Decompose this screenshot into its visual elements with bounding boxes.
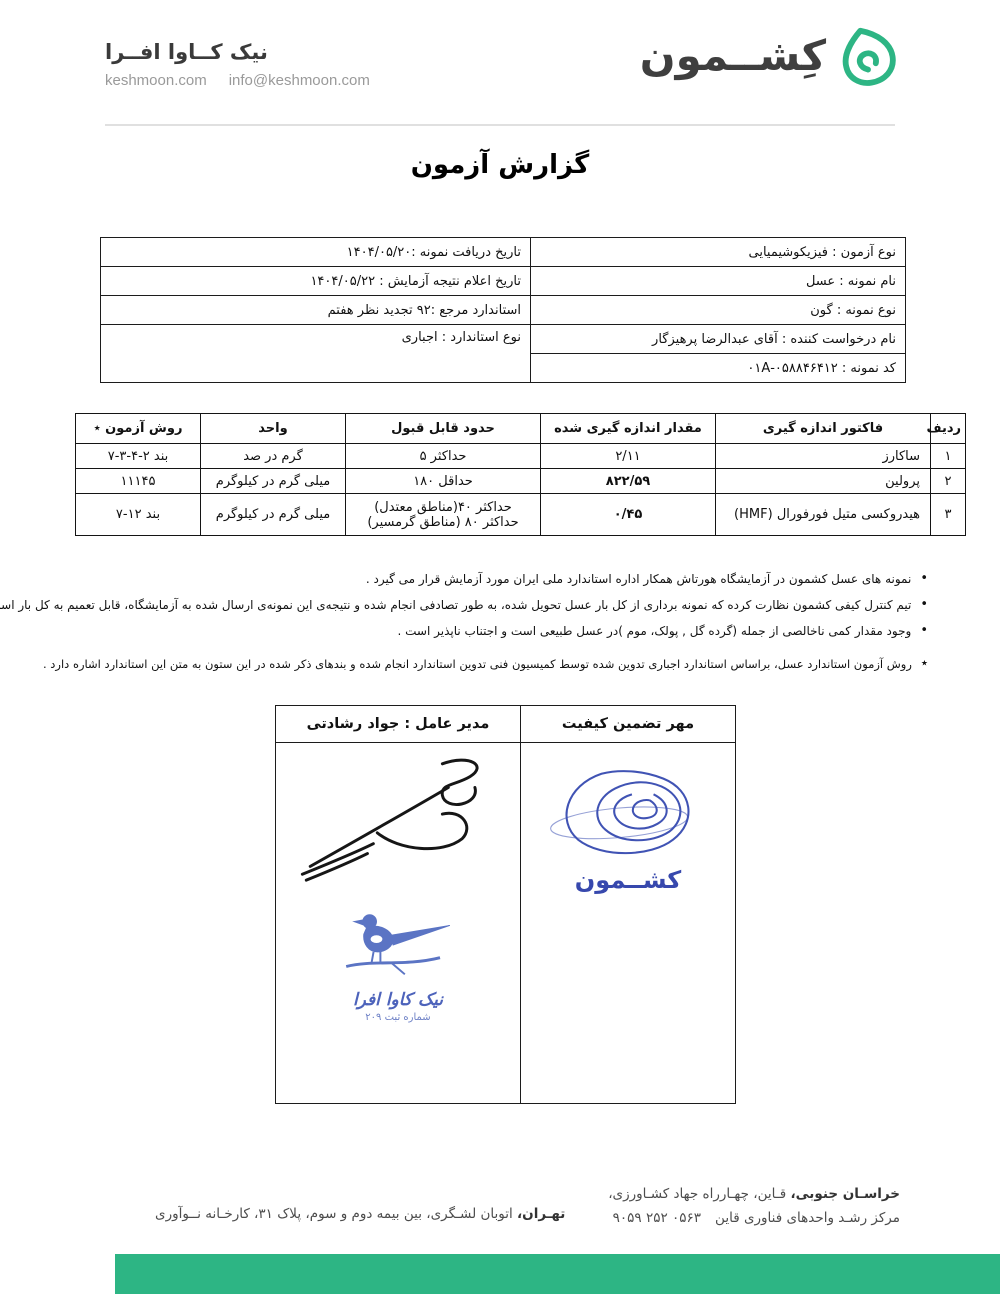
footer-city-bold: تهـران،	[517, 1206, 565, 1222]
results-header-row: ردیف فاکتور اندازه گیری مقدار اندازه گیر…	[76, 414, 966, 444]
footer-line-1-rest: قـاین، چهـارراه جهاد کشـاورزی،	[608, 1186, 790, 1202]
method-value: بند ۲-۴-۳-۷	[76, 444, 201, 469]
method-value: بند ۱۲-۷	[76, 494, 201, 536]
table-row: نوع آزمون : فیزیکوشیمیایی تاریخ دریافت ن…	[101, 238, 906, 267]
limit-value: حداکثر ۵	[346, 444, 541, 469]
table-row: نام درخواست کننده : آقای عبدالرضا پرهیزگ…	[101, 325, 906, 354]
company-block: نیک کــاوا افــرا keshmoon.com info@kesh…	[105, 40, 370, 89]
factor-hmf: هیدروکسی متیل فورفورال (HMF)	[716, 494, 931, 536]
footer-line-3-rest: اتوبان لشـگری، بین بیمه دوم و سوم، پلاک …	[155, 1206, 517, 1222]
limit-line-1: حداکثر ۴۰(مناطق معتدل)	[350, 500, 536, 515]
manager-signature-cell: نیک کاوا افرا شماره ثبت ۲۰۹	[276, 743, 521, 1104]
note-text: وجود مقدار کمی ناخالصی از جمله (گرده گل …	[398, 618, 912, 644]
footer-center-name: مرکز رشـد واحدهای فناوری قاین	[715, 1210, 900, 1226]
col-header-row-no: ردیف	[931, 414, 966, 444]
note-text: تیم کنترل کیفی کشمون نظارت کرده که نمونه…	[0, 592, 911, 618]
header-divider	[105, 124, 895, 126]
measured-value: ۲/۱۱	[541, 444, 716, 469]
asterisk-icon: ٭	[921, 651, 928, 677]
signature-table: مهر تضمین کیفیت مدیر عامل : جواد رشادتی	[275, 705, 736, 1104]
table-row: ۲ پرولین ۸۲۲/۵۹ حداقل ۱۸۰ میلی گرم در کی…	[76, 469, 966, 494]
note-item: • نمونه های عسل کشمون در آزمایشگاه هورتا…	[48, 566, 928, 592]
table-row: نام نمونه : عسل تاریخ اعلام نتیجه آزمایش…	[101, 267, 906, 296]
info-sample-type: نوع نمونه : گون	[531, 296, 906, 325]
info-requester-name: نام درخواست کننده : آقای عبدالرضا پرهیزگ…	[531, 325, 906, 354]
quality-stamp-header: مهر تضمین کیفیت	[521, 706, 736, 743]
bullet-icon: •	[920, 592, 928, 618]
footer-city-bold: خراسـان جنوبی،	[791, 1186, 901, 1202]
report-title: گزارش آزمون	[0, 150, 1000, 180]
footer-phone: ۰۵۶۳ ۲۵۲ ۹۰۵۹	[613, 1210, 701, 1226]
factor-sucrose: ساکارز	[716, 444, 931, 469]
company-stamp-name: نیک کاوا افرا	[277, 990, 519, 1010]
test-report-page: کِشــمون نیک کــاوا افــرا keshmoon.com …	[0, 0, 1000, 1294]
signature-body-row: کشــمون	[276, 743, 736, 1104]
keshmoon-stamp-spiral-icon	[544, 758, 712, 868]
limit-value: حداقل ۱۸۰	[346, 469, 541, 494]
star-note: ٭ روش آزمون استاندارد عسل، براساس استاند…	[48, 651, 928, 677]
test-results-table: ردیف فاکتور اندازه گیری مقدار اندازه گیر…	[75, 413, 966, 536]
info-sample-code: کد نمونه : ۰۵۸۸۴۶۴۱۲-۰۱A	[531, 354, 906, 383]
footer-green-bar	[115, 1254, 1000, 1294]
bullet-icon: •	[920, 618, 928, 644]
unit-value: میلی گرم در کیلوگرم	[201, 469, 346, 494]
note-text: نمونه های عسل کشمون در آزمایشگاه هورتاش …	[366, 566, 911, 592]
manager-header: مدیر عامل : جواد رشادتی	[276, 706, 521, 743]
factor-proline: پرولین	[716, 469, 931, 494]
note-item: • وجود مقدار کمی ناخالصی از جمله (گرده گ…	[48, 618, 928, 644]
bullet-icon: •	[920, 566, 928, 592]
notes-section: • نمونه های عسل کشمون در آزمایشگاه هورتا…	[48, 566, 928, 677]
signature-header-row: مهر تضمین کیفیت مدیر عامل : جواد رشادتی	[276, 706, 736, 743]
company-stamp-registration: شماره ثبت ۲۰۹	[277, 1012, 519, 1023]
website-text: keshmoon.com	[105, 72, 207, 89]
footer-address-khorasan: خراسـان جنوبی، قـاین، چهـارراه جهاد کشـا…	[608, 1182, 900, 1230]
col-header-unit: واحد	[201, 414, 346, 444]
company-contacts: keshmoon.com info@keshmoon.com	[105, 72, 370, 89]
star-note-text: روش آزمون استاندارد عسل، براساس استاندار…	[43, 651, 912, 677]
info-standard-type: نوع استاندارد : اجباری	[101, 325, 531, 383]
footer-line-2: مرکز رشـد واحدهای فناوری قاین۰۵۶۳ ۲۵۲ ۹۰…	[608, 1206, 900, 1230]
col-header-method: روش آزمون ٭	[76, 414, 201, 444]
email-text: info@keshmoon.com	[229, 72, 370, 89]
company-stamp-bird-icon	[334, 902, 462, 988]
ceo-signature	[294, 750, 502, 892]
note-item: • تیم کنترل کیفی کشمون نظارت کرده که نمو…	[48, 592, 928, 618]
unit-value: گرم در صد	[201, 444, 346, 469]
table-row: ۳ هیدروکسی متیل فورفورال (HMF) ۰/۴۵ حداک…	[76, 494, 966, 536]
footer-address-tehran: تهـران، اتوبان لشـگری، بین بیمه دوم و سو…	[155, 1206, 565, 1222]
col-header-measured: مقدار اندازه گیری شده	[541, 414, 716, 444]
keshmoon-logo-text: کِشــمون	[640, 31, 826, 80]
method-value: ۱۱۱۴۵	[76, 469, 201, 494]
keshmoon-logo-icon	[838, 24, 900, 86]
limit-value: حداکثر ۴۰(مناطق معتدل) حداکثر ۸۰ (مناطق …	[346, 494, 541, 536]
footer-line-1: خراسـان جنوبی، قـاین، چهـارراه جهاد کشـا…	[608, 1182, 900, 1206]
info-sample-name: نام نمونه : عسل	[531, 267, 906, 296]
measured-value: ۸۲۲/۵۹	[541, 469, 716, 494]
keshmoon-stamp-text: کشــمون	[522, 866, 734, 894]
unit-value: میلی گرم در کیلوگرم	[201, 494, 346, 536]
info-reference-standard: استاندارد مرجع :۹۲ تجدید نظر هفتم	[101, 296, 531, 325]
limit-line-2: حداکثر ۸۰ (مناطق گرمسیر)	[350, 515, 536, 530]
keshmoon-brand: کِشــمون	[640, 24, 900, 86]
info-result-date: تاریخ اعلام نتیجه آزمایش : ۱۴۰۴/۰۵/۲۲	[101, 267, 531, 296]
col-header-limits: حدود قابل قبول	[346, 414, 541, 444]
info-test-type: نوع آزمون : فیزیکوشیمیایی	[531, 238, 906, 267]
company-name: نیک کــاوا افــرا	[105, 40, 370, 64]
measured-value: ۰/۴۵	[541, 494, 716, 536]
row-no: ۳	[931, 494, 966, 536]
row-no: ۱	[931, 444, 966, 469]
info-receipt-date: تاریخ دریافت نمونه :۱۴۰۴/۰۵/۲۰	[101, 238, 531, 267]
row-no: ۲	[931, 469, 966, 494]
sample-info-table: نوع آزمون : فیزیکوشیمیایی تاریخ دریافت ن…	[100, 237, 906, 383]
col-header-factor: فاکتور اندازه گیری	[716, 414, 931, 444]
quality-stamp-cell: کشــمون	[521, 743, 736, 1104]
table-row: ۱ ساکارز ۲/۱۱ حداکثر ۵ گرم در صد بند ۲-۴…	[76, 444, 966, 469]
company-stamp: نیک کاوا افرا شماره ثبت ۲۰۹	[277, 902, 519, 1023]
table-row: نوع نمونه : گون استاندارد مرجع :۹۲ تجدید…	[101, 296, 906, 325]
